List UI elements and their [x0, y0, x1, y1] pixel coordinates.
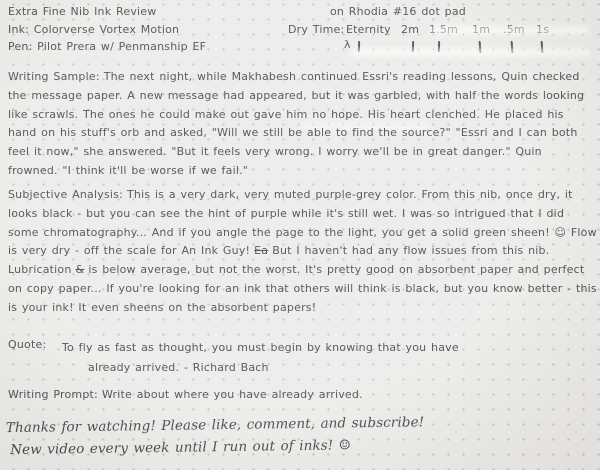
closing-message: Thanks for watching! Please like, commen… [6, 410, 597, 461]
writing-prompt-text: Write about where you have already arriv… [102, 388, 363, 401]
dry-time-value: .5m [503, 23, 525, 36]
writing-sample-text: The next night, while Makhabesh continue… [8, 70, 584, 177]
writing-sample-label: Writing Sample: [8, 70, 100, 83]
dry-time-value: 1m [472, 23, 490, 36]
subjective-analysis-section: Subjective Analysis:This is a very dark,… [8, 186, 598, 318]
dry-time-test-stroke [511, 41, 514, 53]
page-title: Extra Fine Nib Ink Review [8, 5, 156, 18]
dry-time-label: Dry Time: [288, 23, 344, 36]
quote-label: Quote: [8, 338, 46, 351]
dry-time-test-stroke [479, 41, 482, 53]
dry-time-value: 1.5m [429, 23, 458, 36]
dry-time-value: 1s [536, 23, 549, 36]
writing-prompt-section: Writing Prompt:Write about where you hav… [8, 388, 588, 401]
pen-check-mark: λ [344, 38, 351, 51]
subjective-analysis-text: is below average, but not the worst. It'… [8, 263, 597, 314]
ink-name-line: Ink: Colorverse Vortex Motion [8, 23, 179, 36]
crossed-out-word: Ea [254, 244, 268, 257]
dry-time-test-stroke [438, 41, 440, 52]
subjective-analysis-label: Subjective Analysis: [8, 188, 123, 201]
dry-time-value: Eternity [346, 23, 391, 36]
quote-text: To fly as fast as thought, you must begi… [62, 338, 572, 378]
dry-time-test-stroke [358, 41, 360, 52]
notebook-page: Extra Fine Nib Ink Review Ink: Colorvers… [0, 0, 600, 470]
ink-smudge [350, 48, 590, 57]
crossed-out-word: & [76, 263, 85, 276]
dry-time-test-stroke [541, 41, 544, 53]
dry-time-test-stroke [412, 41, 414, 52]
writing-sample-section: Writing Sample:The next night, while Mak… [8, 68, 596, 181]
dry-time-value: 2m [401, 23, 419, 36]
quote-line: To fly as fast as thought, you must begi… [62, 338, 572, 358]
writing-prompt-label: Writing Prompt: [8, 388, 98, 401]
quote-line: already arrived. - Richard Bach [88, 358, 572, 378]
pen-name-line: Pen: Pilot Prera w/ Penmanship EF [8, 40, 206, 53]
paper-note: on Rhodia #16 dot pad [330, 5, 466, 18]
